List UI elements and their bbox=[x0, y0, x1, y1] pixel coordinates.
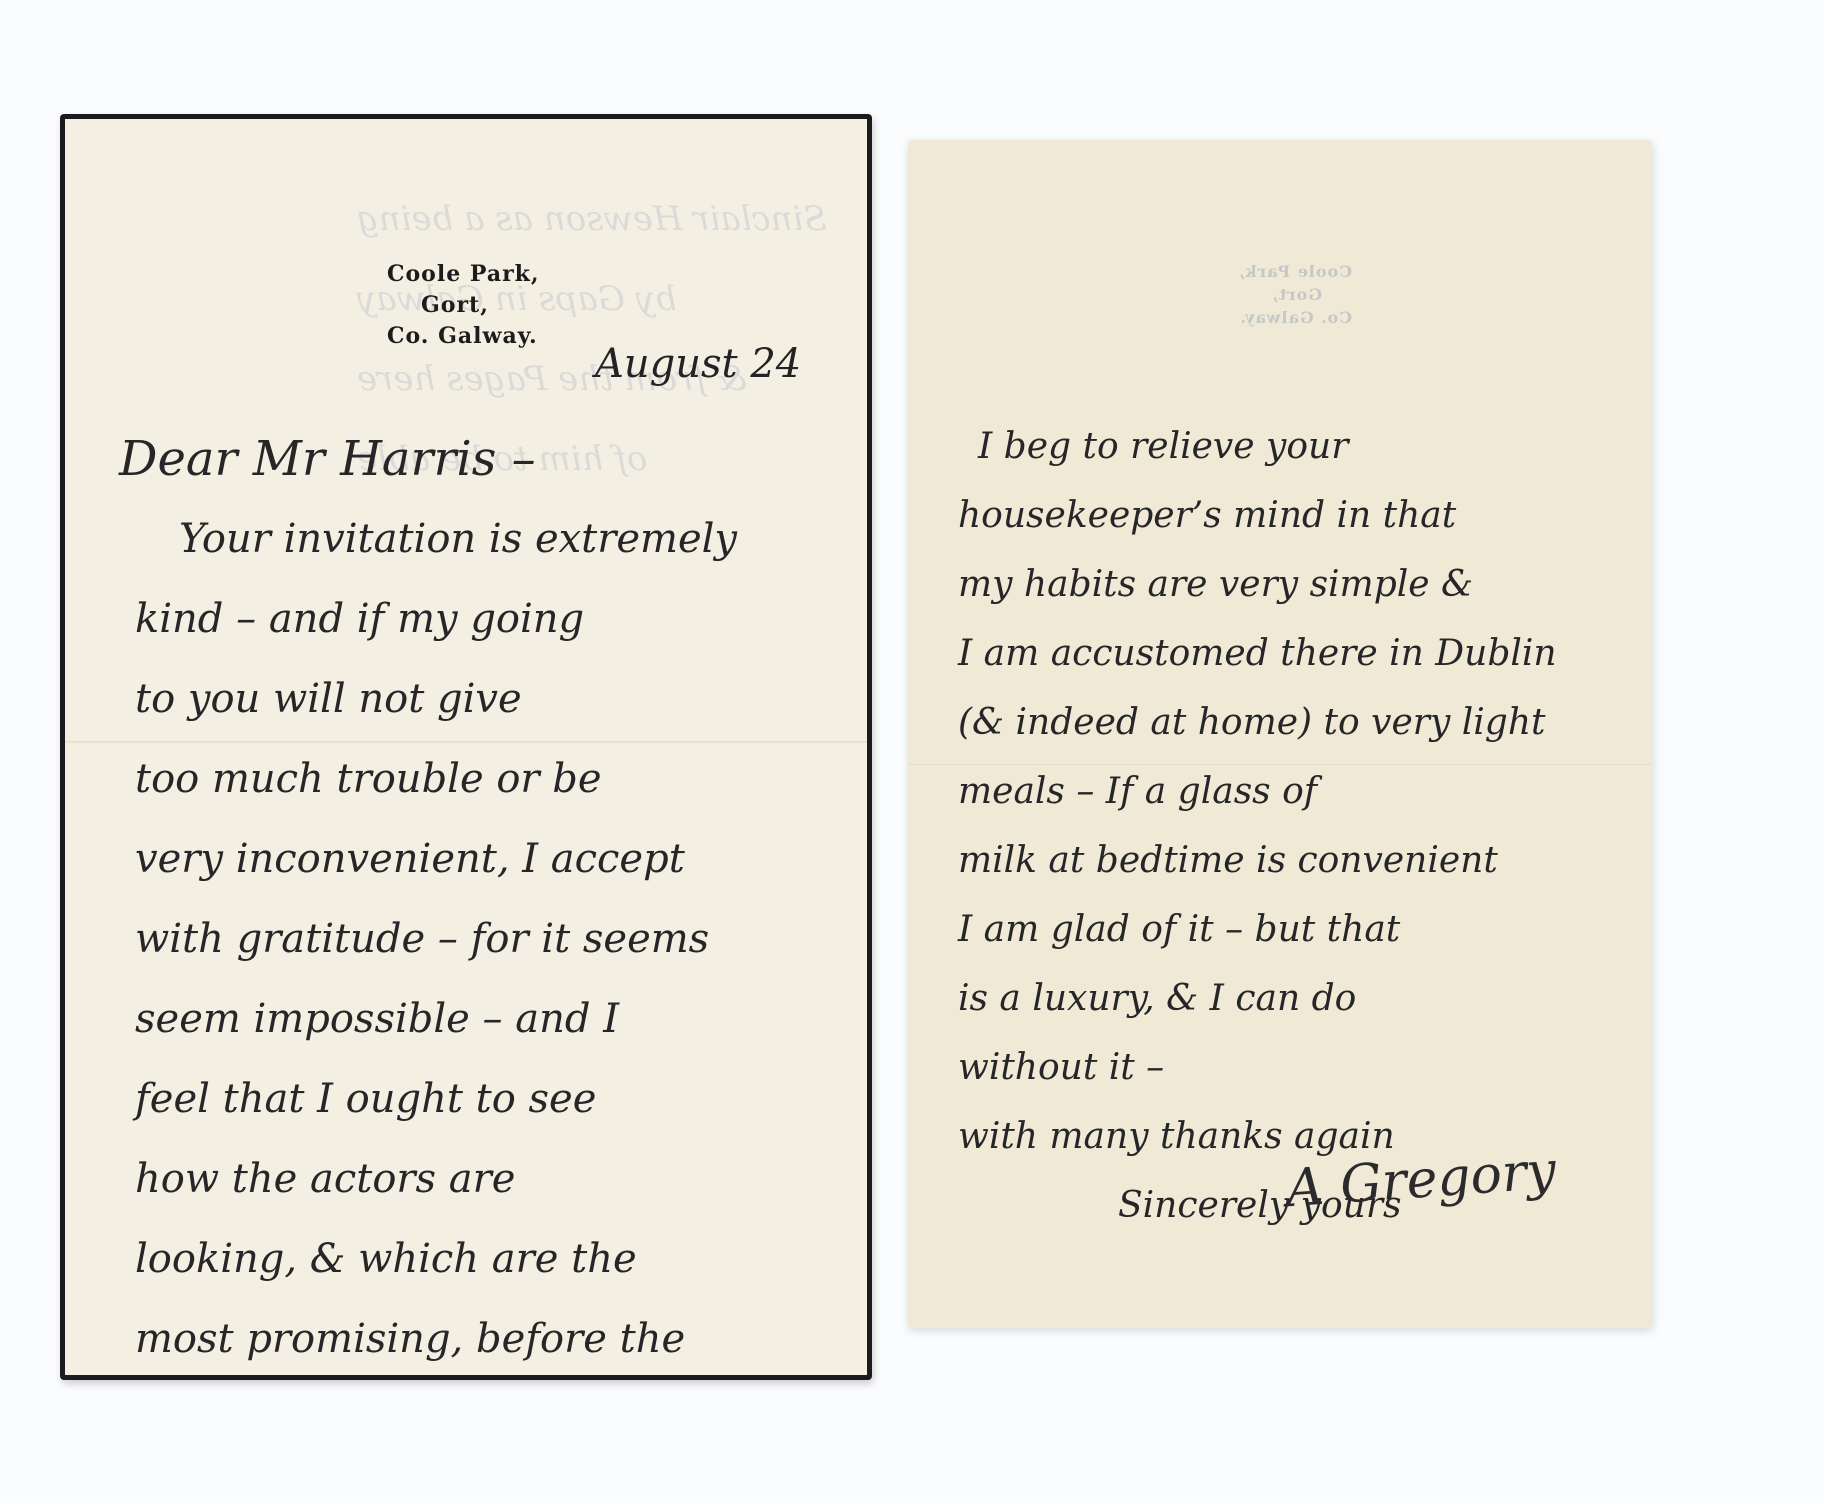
letter-body-left: Dear Mr Harris – Your invitation is extr… bbox=[135, 419, 737, 1379]
handwritten-line: my habits are very simple & bbox=[958, 550, 1557, 619]
handwritten-line: I beg to relieve your bbox=[958, 412, 1557, 481]
letter-body-right: I beg to relieve your housekeeper’s mind… bbox=[958, 412, 1557, 1240]
show-through-line: Sinclair Hewson as a being bbox=[357, 179, 827, 259]
handwritten-line: meals – If a glass of bbox=[958, 757, 1557, 826]
letter-sheet-left: Sinclair Hewson as a being by Gaps in Ga… bbox=[60, 114, 872, 1380]
handwritten-line: how the actors are bbox=[135, 1139, 737, 1219]
letterhead-line-2: Gort, bbox=[1238, 283, 1352, 306]
handwritten-line: to you will not give bbox=[135, 659, 737, 739]
handwritten-line: too much trouble or be bbox=[135, 739, 737, 819]
salutation: Dear Mr Harris – bbox=[119, 419, 737, 499]
letterhead: Coole Park, Gort, Co. Galway. bbox=[387, 259, 540, 352]
letter-sheet-right: Coole Park, Gort, Co. Galway. I beg to r… bbox=[908, 140, 1652, 1328]
letterhead-line-1: Coole Park, bbox=[387, 259, 540, 290]
handwritten-line: housekeeper’s mind in that bbox=[958, 481, 1557, 550]
letterhead-line-3: Co. Galway. bbox=[387, 321, 540, 352]
handwritten-line: kind – and if my going bbox=[135, 579, 737, 659]
handwritten-line: looking, & which are the bbox=[135, 1219, 737, 1299]
handwritten-line: seem impossible – and I bbox=[135, 979, 737, 1059]
handwritten-line: (& indeed at home) to very light bbox=[958, 688, 1557, 757]
handwritten-line: most promising, before the bbox=[135, 1299, 737, 1379]
handwritten-line: I am accustomed there in Dublin bbox=[958, 619, 1557, 688]
letterhead-line-1: Coole Park, bbox=[1238, 260, 1352, 283]
handwritten-line: is a luxury, & I can do bbox=[958, 964, 1557, 1033]
handwritten-line: very inconvenient, I accept bbox=[135, 819, 737, 899]
letter-date: August 24 bbox=[595, 341, 801, 387]
handwritten-line: Your invitation is extremely bbox=[135, 499, 737, 579]
handwritten-line: milk at bedtime is convenient bbox=[958, 826, 1557, 895]
letterhead-line-3: Co. Galway. bbox=[1238, 306, 1352, 329]
letterhead-show-through: Coole Park, Gort, Co. Galway. bbox=[1238, 260, 1352, 329]
handwritten-line: with gratitude – for it seems bbox=[135, 899, 737, 979]
handwritten-line: feel that I ought to see bbox=[135, 1059, 737, 1139]
handwritten-line: without it – bbox=[958, 1033, 1557, 1102]
handwritten-line: I am glad of it – but that bbox=[958, 895, 1557, 964]
letterhead-line-2: Gort, bbox=[387, 290, 540, 321]
